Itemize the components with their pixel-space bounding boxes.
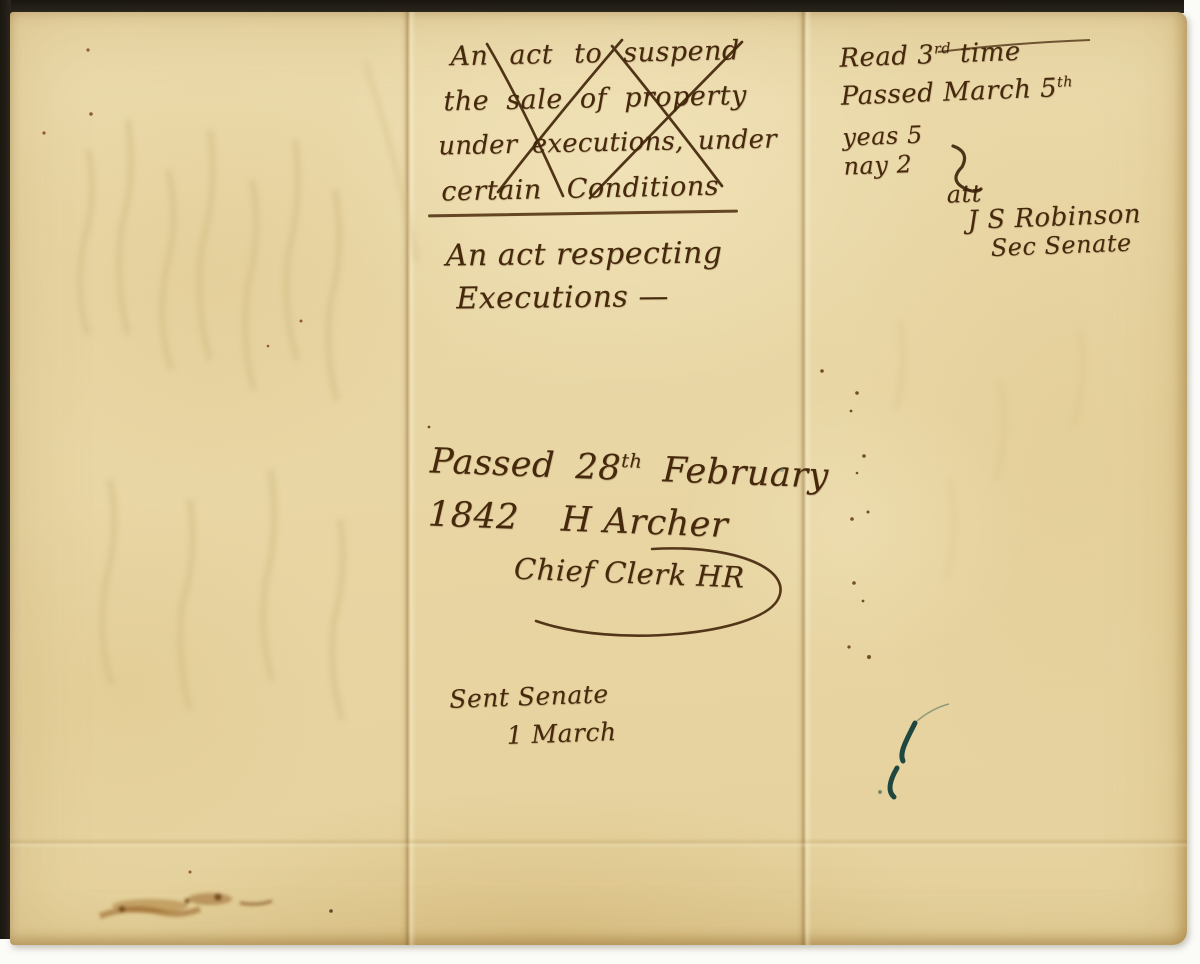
crossed-title-line: the sale of property <box>437 79 776 131</box>
scanned-document-page: { "colors": { "ink": "#46280c", "paper":… <box>0 0 1200 964</box>
act-title-line: Executions — <box>446 275 723 321</box>
ordinal-suffix: th <box>1057 74 1074 91</box>
fold-crease-horizontal <box>10 838 1187 848</box>
passage-month-text: February <box>641 450 829 497</box>
crossed-title-line: under executions, under <box>438 124 777 176</box>
crossed-out-title: An act to suspend the sale of property u… <box>436 34 778 221</box>
fold-crease-left <box>400 12 416 945</box>
act-title-line: An act respecting <box>446 232 723 278</box>
transmittal-date: 1 March <box>450 713 617 757</box>
ordinal-suffix: rd <box>934 41 952 58</box>
reading-text-cont: time <box>951 37 1022 70</box>
crossed-title-line: An act to suspend <box>436 34 775 86</box>
document-paper: An act to suspend the sale of property u… <box>10 12 1187 945</box>
senate-action-endorsement: Read 3rd time Passed March 5th yeas 5 na… <box>839 32 1143 267</box>
house-passage-endorsement: Passed 28th February 1842H Archer Chief … <box>425 441 829 597</box>
transmittal-line: Sent Senate <box>449 675 616 719</box>
passage-year: 1842 <box>427 494 520 537</box>
clerk-signature: H Archer <box>560 499 729 545</box>
ordinal-suffix: th <box>621 449 643 473</box>
act-title: An act respecting Executions — <box>446 232 724 321</box>
transmittal-note: Sent Senate 1 March <box>449 675 617 757</box>
passage-date-text: Passed 28 <box>429 441 621 488</box>
reading-text: Read 3 <box>839 40 935 74</box>
